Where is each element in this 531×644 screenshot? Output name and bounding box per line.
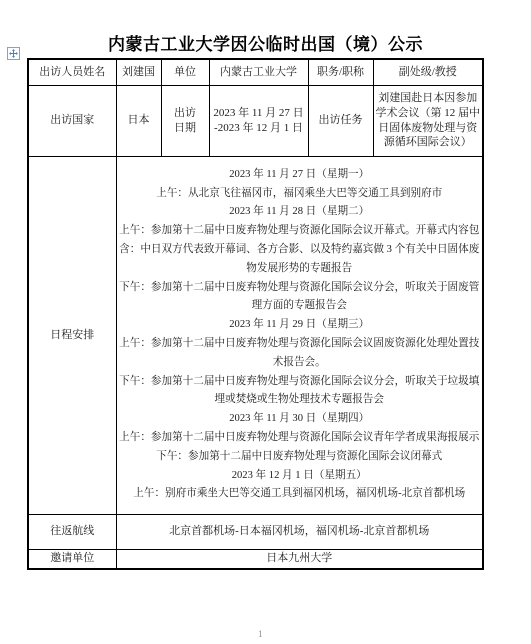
schedule-line: 下午：参加第十二届中日废弃物处理与资源化国际会议分会，听取关于固废管理方面的专题…: [119, 279, 481, 317]
table-row-inviter: 邀请单位 日本九州大学: [28, 549, 483, 569]
cell-unit-value: 内蒙古工业大学: [209, 59, 308, 85]
cell-country-label: 出访国家: [28, 85, 116, 156]
schedule-line: 2023 年 11 月 27 日（星期一）: [119, 166, 481, 185]
schedule-line: 上午：从北京飞往福冈市，福冈乘坐大巴等交通工具到别府市: [119, 185, 481, 204]
table-move-handle[interactable]: [7, 47, 20, 60]
schedule-line: 上午：参加第十二届中日废弃物处理与资源化国际会议固废资源化处理处置技术报告会。: [119, 335, 481, 373]
move-cross-icon: [9, 49, 18, 58]
cell-unit-label: 单位: [161, 59, 209, 85]
schedule-line: 2023 年 11 月 29 日（星期三）: [119, 316, 481, 335]
cell-job-value: 副处级/教授: [373, 59, 483, 85]
cell-task-label: 出访任务: [308, 85, 373, 156]
schedule-line: 2023 年 11 月 28 日（星期二）: [119, 203, 481, 222]
page-number: 1: [258, 629, 263, 639]
cell-date-label: 出访日期: [161, 85, 209, 156]
schedule-line: 上午：别府市乘坐大巴等交通工具到福冈机场，福冈机场-北京首都机场: [119, 485, 481, 504]
cell-job-label: 职务/职称: [308, 59, 373, 85]
cell-schedule-label: 日程安排: [28, 156, 116, 514]
cell-schedule-content: 2023 年 11 月 27 日（星期一） 上午：从北京飞往福冈市，福冈乘坐大巴…: [116, 156, 483, 514]
cell-country-value: 日本: [116, 85, 161, 156]
cell-date-value: 2023 年 11 月 27 日 -2023 年 12 月 1 日: [209, 85, 308, 156]
table-row-trip: 出访国家 日本 出访日期 2023 年 11 月 27 日 -2023 年 12…: [28, 85, 483, 156]
table-row-route: 往返航线 北京首都机场-日本福冈机场，福冈机场-北京首都机场: [28, 514, 483, 549]
date-label-text: 出访日期: [173, 106, 197, 136]
cell-name-value: 刘建国: [116, 59, 161, 85]
date-value-line2: -2023 年 12 月 1 日: [212, 121, 306, 136]
document-page: 内蒙古工业大学因公临时出国（境）公示: [0, 0, 531, 644]
schedule-line: 2023 年 12 月 1 日（星期五）: [119, 467, 481, 486]
cell-inviter-label: 邀请单位: [28, 549, 116, 569]
schedule-line: 2023 年 11 月 30 日（星期四）: [119, 410, 481, 429]
cell-inviter-value: 日本九州大学: [116, 549, 483, 569]
cell-route-label: 往返航线: [28, 514, 116, 549]
trip-disclosure-table: 出访人员姓名 刘建国 单位 内蒙古工业大学 职务/职称 副处级/教授 出访国家 …: [27, 58, 484, 570]
cell-task-value: 刘建国赴日本因参加学术会议（第 12 届中日固体废物处理与资源循环国际会议）: [373, 85, 483, 156]
schedule-line: 下午：参加第十二届中日废弃物处理与资源化国际会议闭幕式: [119, 448, 481, 467]
table-row-schedule: 日程安排 2023 年 11 月 27 日（星期一） 上午：从北京飞往福冈市，福…: [28, 156, 483, 514]
cell-route-value: 北京首都机场-日本福冈机场，福冈机场-北京首都机场: [116, 514, 483, 549]
cell-name-label: 出访人员姓名: [28, 59, 116, 85]
page-title: 内蒙古工业大学因公临时出国（境）公示: [0, 30, 531, 55]
date-value-line1: 2023 年 11 月 27 日: [212, 106, 306, 121]
schedule-line: 下午：参加第十二届中日废弃物处理与资源化国际会议分会，听取关于垃圾填埋或焚烧或生…: [119, 373, 481, 411]
table-row-personnel: 出访人员姓名 刘建国 单位 内蒙古工业大学 职务/职称 副处级/教授: [28, 59, 483, 85]
schedule-line: 上午：参加第十二届中日废弃物处理与资源化国际会议开幕式。开幕式内容包含：中日双方…: [119, 222, 481, 278]
schedule-line: 上午：参加第十二届中日废弃物处理与资源化国际会议青年学者成果海报展示: [119, 429, 481, 448]
